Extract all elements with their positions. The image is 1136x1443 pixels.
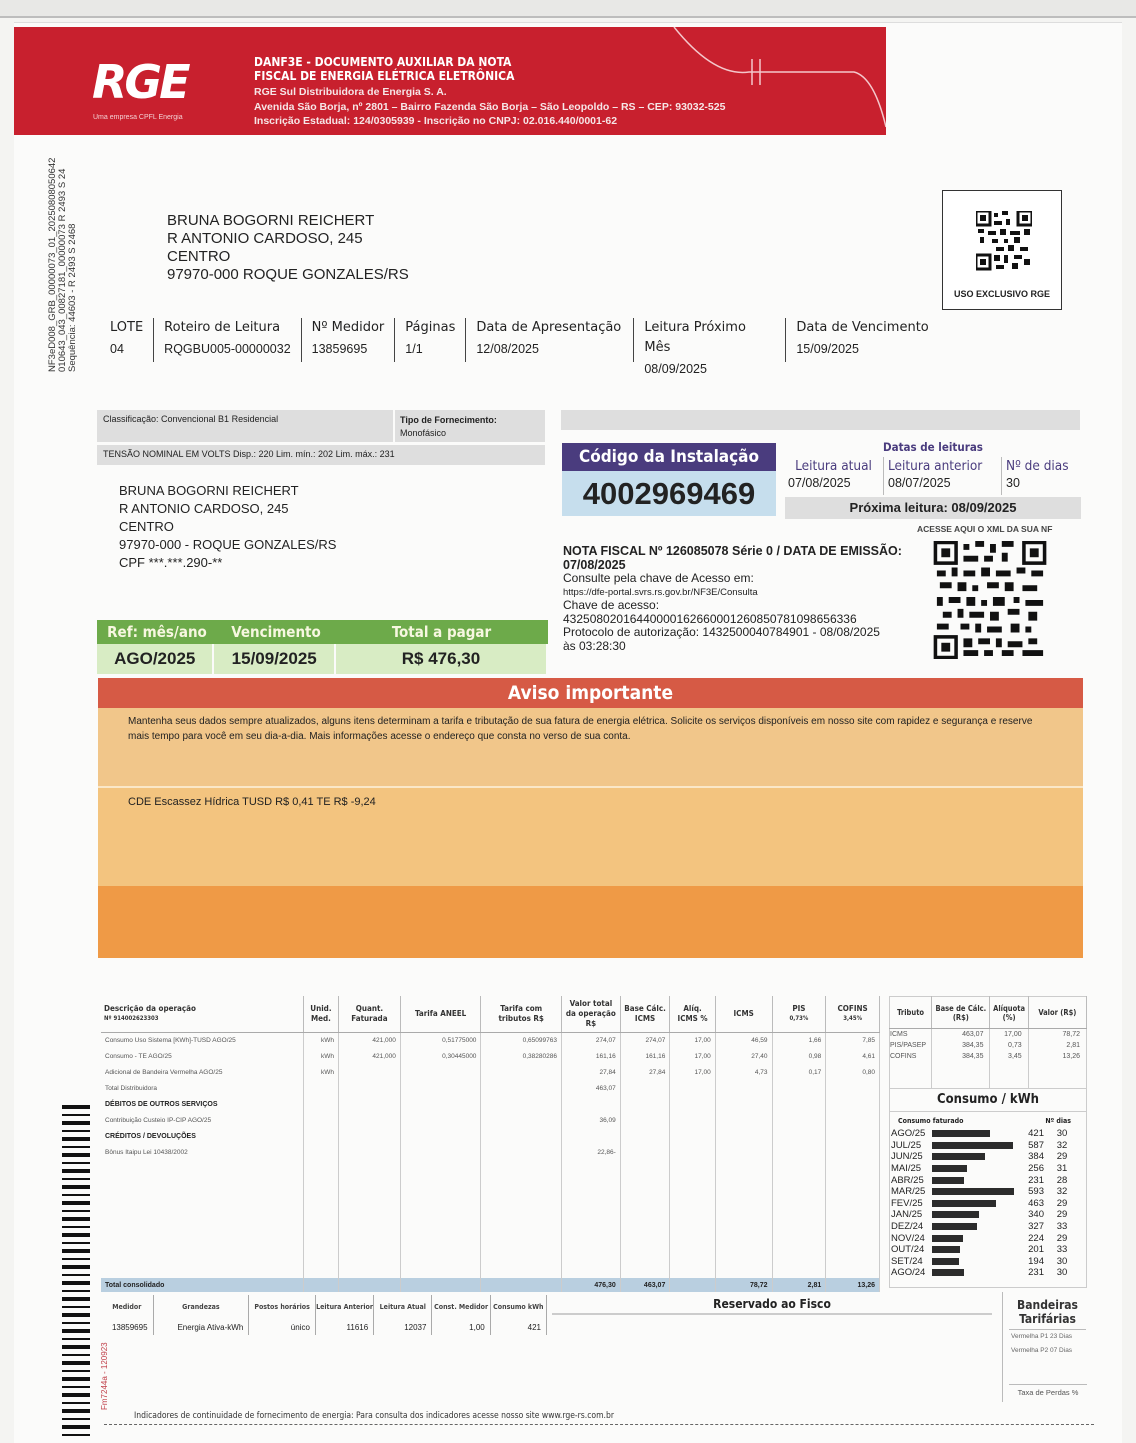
consumption-row: MAR/2559332 <box>890 1186 1086 1198</box>
meta-paginas: Páginas1/1 <box>395 318 466 362</box>
table-row: Adicional de Bandeira Vermelha AGO/25kWh… <box>101 1064 880 1080</box>
consumption-bar <box>932 1165 967 1172</box>
consumption-row: OUT/2420133 <box>890 1244 1086 1256</box>
consumption-row: JUL/2558732 <box>890 1140 1086 1152</box>
total-row: Total consolidado476,30463,0778,722,8113… <box>101 1278 880 1292</box>
consult-url-link[interactable]: https://dfe-portal.svrs.rs.gov.br/NF3E/C… <box>563 586 902 600</box>
continuity-indicators: Indicadores de continuidade de fornecime… <box>134 1411 614 1421</box>
consumption-bar <box>932 1246 960 1253</box>
previous-reading: Leitura anterior08/07/2025 <box>884 457 1002 495</box>
barcode-icon <box>62 1105 90 1440</box>
nota-fiscal-info: NOTA FISCAL Nº 126085078 Série 0 / DATA … <box>563 545 902 653</box>
consumption-bar <box>932 1153 985 1160</box>
nominal-voltage: TENSÃO NOMINAL EM VOLTS Disp.: 220 Lim. … <box>97 445 545 465</box>
table-row: Consumo - TE AGO/25kWh421,0000,304450000… <box>101 1048 880 1064</box>
tear-line <box>104 1424 1094 1425</box>
days-count: Nº de dias30 <box>1002 457 1080 495</box>
table-row: Contribuição Custeio IP-CIP AGO/2536,09 <box>101 1112 880 1128</box>
notice-text: Mantenha seus dados sempre atualizados, … <box>98 708 1083 786</box>
table-row: DÉBITOS DE OUTROS SERVIÇOS <box>101 1096 880 1112</box>
qr-code-icon <box>976 211 1032 271</box>
meta-roteiro: Roteiro de LeituraRQGBU005-00000032 <box>154 318 301 362</box>
supply-type: Tipo de Fornecimento: Monofásico <box>395 410 545 442</box>
payment-header: Ref: mês/ano Vencimento Total a pagar <box>97 620 548 644</box>
table-row: Consumo Uso Sistema [KWh]-TUSD AGO/25kWh… <box>101 1032 880 1048</box>
meta-proximo-mes: Leitura Próximo Mês08/09/2025 <box>634 318 786 362</box>
meta-row: LOTE04 Roteiro de LeituraRQGBU005-000000… <box>100 318 939 362</box>
consumption-row: JAN/2534029 <box>890 1209 1086 1221</box>
cde-notice: CDE Escassez Hídrica TUSD R$ 0,41 TE R$ … <box>98 786 1083 886</box>
customer-address: BRUNA BOGORNI REICHERT R ANTONIO CARDOSO… <box>119 482 336 572</box>
rge-qr-box: USO EXCLUSIVO RGE <box>942 190 1062 310</box>
reading-dates-title: Datas de leituras <box>786 440 1080 454</box>
document-title: DANF3E - DOCUMENTO AUXILIAR DA NOTA FISC… <box>254 55 514 83</box>
consumption-row: SET/2419430 <box>890 1256 1086 1268</box>
form-code: Fm7244a - 120923 <box>100 1342 109 1410</box>
consumption-bar <box>932 1200 996 1207</box>
company-info: RGE Sul Distribuidora de Energia S. A. A… <box>254 85 725 129</box>
consumption-row: NOV/2422429 <box>890 1232 1086 1244</box>
consumption-bar <box>932 1142 1013 1149</box>
tax-row: PIS/PASEP384,350,732,81 <box>890 1040 1087 1051</box>
current-reading: Leitura atual07/08/2025 <box>784 457 884 495</box>
table-row: Total Distribuidora463,07 <box>101 1080 880 1096</box>
installation-code-label: Código da Instalação <box>562 443 776 471</box>
consumption-bar <box>932 1211 979 1218</box>
meta-medidor: Nº Medidor13859695 <box>302 318 396 362</box>
meter-table: MedidorGrandezasPostos horáriosLeitura A… <box>101 1295 547 1335</box>
rge-logo: RGE <box>92 55 188 109</box>
consumption-row: AGO/2542130 <box>890 1128 1086 1140</box>
fisco-reserved: Reservado ao Fisco <box>552 1297 992 1315</box>
tariff-flags: Bandeiras Tarifárias Vermelha P1 23 Dias… <box>1002 1292 1086 1402</box>
consumption-row: ABR/2523128 <box>890 1174 1086 1186</box>
consumption-bar <box>932 1188 1014 1195</box>
meta-lote: LOTE04 <box>100 318 154 362</box>
next-reading: Próxima leitura: 08/09/2025 <box>785 497 1081 519</box>
nf-xml-qr-code-icon[interactable] <box>933 541 1047 659</box>
consumption-row: FEV/2546329 <box>890 1198 1086 1210</box>
logo-tagline: Uma empresa CPFL Energia <box>93 114 183 121</box>
consumption-chart: Consumo / kWh Consumo faturadoNº dias AG… <box>889 1088 1087 1288</box>
consumption-row: JUN/2538429 <box>890 1151 1086 1163</box>
consumption-bar <box>932 1235 963 1242</box>
classification: Classificação: Convencional B1 Residenci… <box>97 410 393 442</box>
notice-title: Aviso importante <box>98 678 1083 708</box>
xml-access-label: ACESSE AQUI O XML DA SUA NF <box>917 524 1052 534</box>
scan-top-edge <box>0 0 1136 18</box>
reading-dates: Leitura atual07/08/2025 Leitura anterior… <box>784 457 1080 495</box>
consumption-bar <box>932 1177 964 1184</box>
consumption-bar <box>932 1130 990 1137</box>
tax-row: ICMS463,0717,0078,72 <box>890 1029 1087 1040</box>
side-control-codes: NF3eD008_GRB_00000073_01_20250808050642 … <box>48 158 78 372</box>
envelope-address: BRUNA BOGORNI REICHERT R ANTONIO CARDOSO… <box>167 212 409 284</box>
grey-bar <box>561 410 1080 430</box>
invoice-header: RGE Uma empresa CPFL Energia DANF3E - DO… <box>14 27 886 135</box>
notice-empty-band <box>98 886 1083 958</box>
reference-month: AGO/2025 <box>97 644 212 674</box>
consumption-row: AGO/2423130 <box>890 1267 1086 1279</box>
consumption-bar <box>932 1258 959 1265</box>
table-row: Bônus Itaipu Lei 10438/200222,86- <box>101 1144 880 1160</box>
consumption-row: MAI/2525631 <box>890 1163 1086 1175</box>
consumption-row: DEZ/2432733 <box>890 1221 1086 1233</box>
payment-values: AGO/2025 15/09/2025 R$ 476,30 <box>97 644 548 674</box>
consumption-bar <box>932 1223 977 1230</box>
installation-code: 4002969469 <box>562 471 776 516</box>
taxes-table: Tributo Base de Cálc. (R$) Alíquota (%) … <box>889 996 1087 1100</box>
table-row: CRÉDITOS / DEVOLUÇÕES <box>101 1128 880 1144</box>
operations-table: Descrição da operaçãoNº 914002623303 Uni… <box>101 996 880 1292</box>
chart-title: Consumo / kWh <box>890 1089 1086 1112</box>
meta-vencimento: Data de Vencimento15/09/2025 <box>786 318 938 362</box>
total-to-pay: R$ 476,30 <box>336 644 546 674</box>
due-date: 15/09/2025 <box>214 644 333 674</box>
tax-row: COFINS384,353,4513,26 <box>890 1051 1087 1062</box>
consumption-bar <box>932 1269 964 1276</box>
meta-apresentacao: Data de Apresentação12/08/2025 <box>466 318 634 362</box>
